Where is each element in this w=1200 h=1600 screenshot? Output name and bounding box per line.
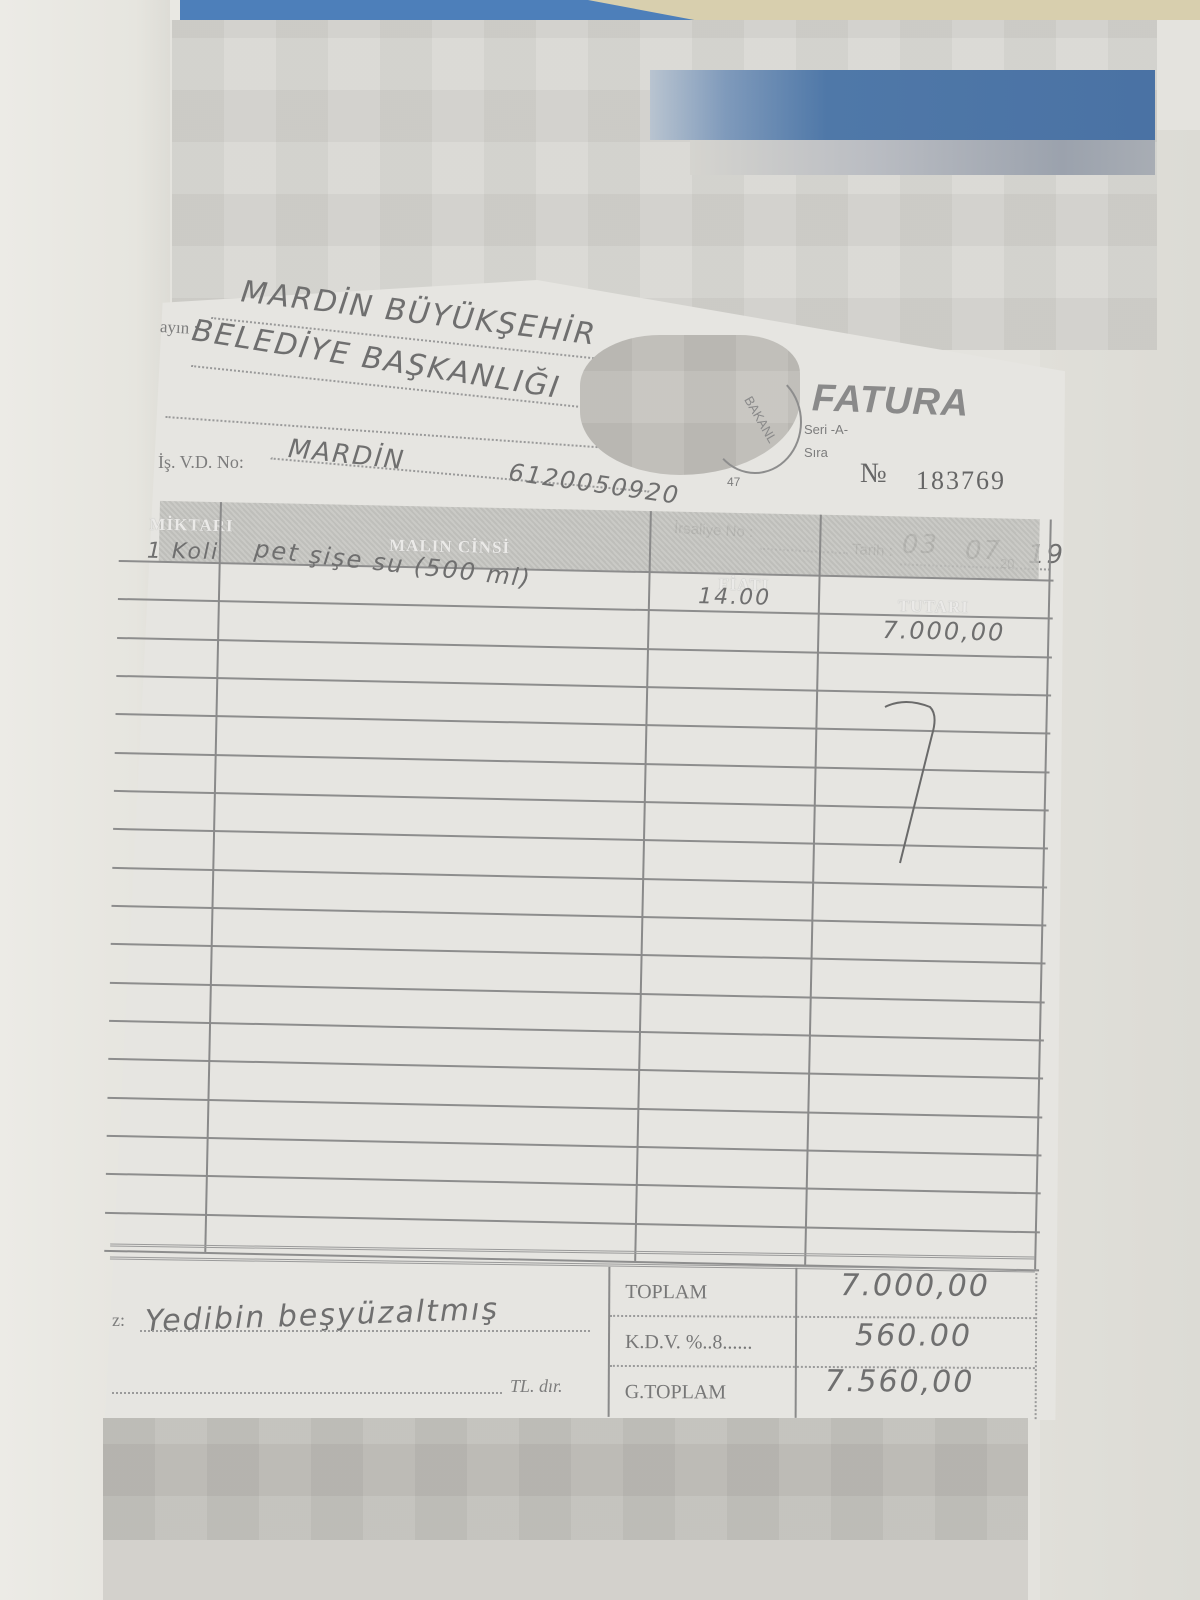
stamp-number: 47 (727, 475, 740, 489)
table-row-line (110, 982, 1045, 1004)
in-words-dotted-line-1 (140, 1330, 590, 1332)
currency-suffix: TL. dır. (510, 1376, 563, 1397)
in-words-label: z: (112, 1310, 125, 1331)
table-row-line (105, 1212, 1040, 1234)
table-row-line (106, 1173, 1041, 1195)
cell-quantity: 1 Koli (147, 539, 220, 566)
grand-total-label: G.TOPLAM (625, 1381, 726, 1405)
cancellation-stroke-icon (880, 695, 940, 865)
table-row-line (111, 905, 1046, 927)
invoice-number: 183769 (916, 466, 1006, 496)
column-divider-description (634, 511, 652, 1261)
column-divider-quantity (204, 502, 222, 1252)
tax-office-label: İş. V.D. No: (158, 452, 244, 473)
cell-price: 14.00 (698, 584, 771, 611)
totals-row-grand: G.TOPLAM 7.560,00 (610, 1367, 1035, 1417)
table-row-line (109, 1020, 1044, 1042)
in-words-dotted-line-2 (112, 1392, 502, 1394)
column-divider-price (804, 515, 822, 1265)
redacted-footer-light (103, 1540, 1028, 1600)
redacted-header-blue-band (650, 70, 1155, 140)
table-row-line (107, 1135, 1042, 1157)
totals-row-vat: K.D.V. %..8...... 560.00 (610, 1317, 1035, 1369)
grand-total-value: 7.560,00 (825, 1364, 975, 1400)
invoice-title: FATURA (811, 377, 970, 425)
numero-sign-icon: № (860, 458, 887, 490)
table-row-line (111, 943, 1046, 965)
cell-amount: 7.000,00 (882, 616, 1005, 647)
vat-value: 560.00 (855, 1318, 972, 1354)
totals-row-subtotal: TOPLAM 7.000,00 (610, 1267, 1035, 1319)
redacted-header-band (690, 140, 1155, 175)
table-row-line (112, 867, 1047, 889)
subtotal-label: TOPLAM (625, 1281, 707, 1304)
totals-box: TOPLAM 7.000,00 K.D.V. %..8...... 560.00… (608, 1267, 1038, 1419)
table-row-line (107, 1097, 1042, 1119)
vat-label: K.D.V. %..8...... (625, 1331, 753, 1355)
page-right-margin (1040, 130, 1200, 1600)
table-row-line (108, 1058, 1043, 1080)
series-label: Seri -A- (804, 422, 848, 437)
items-table: MİKTARI MALIN CİNSİ FİATI TUTARI 1 Koli … (104, 500, 1055, 1279)
subtotal-value: 7.000,00 (840, 1268, 990, 1304)
table-row-line (116, 675, 1051, 697)
sequence-label: Sıra (804, 445, 828, 460)
